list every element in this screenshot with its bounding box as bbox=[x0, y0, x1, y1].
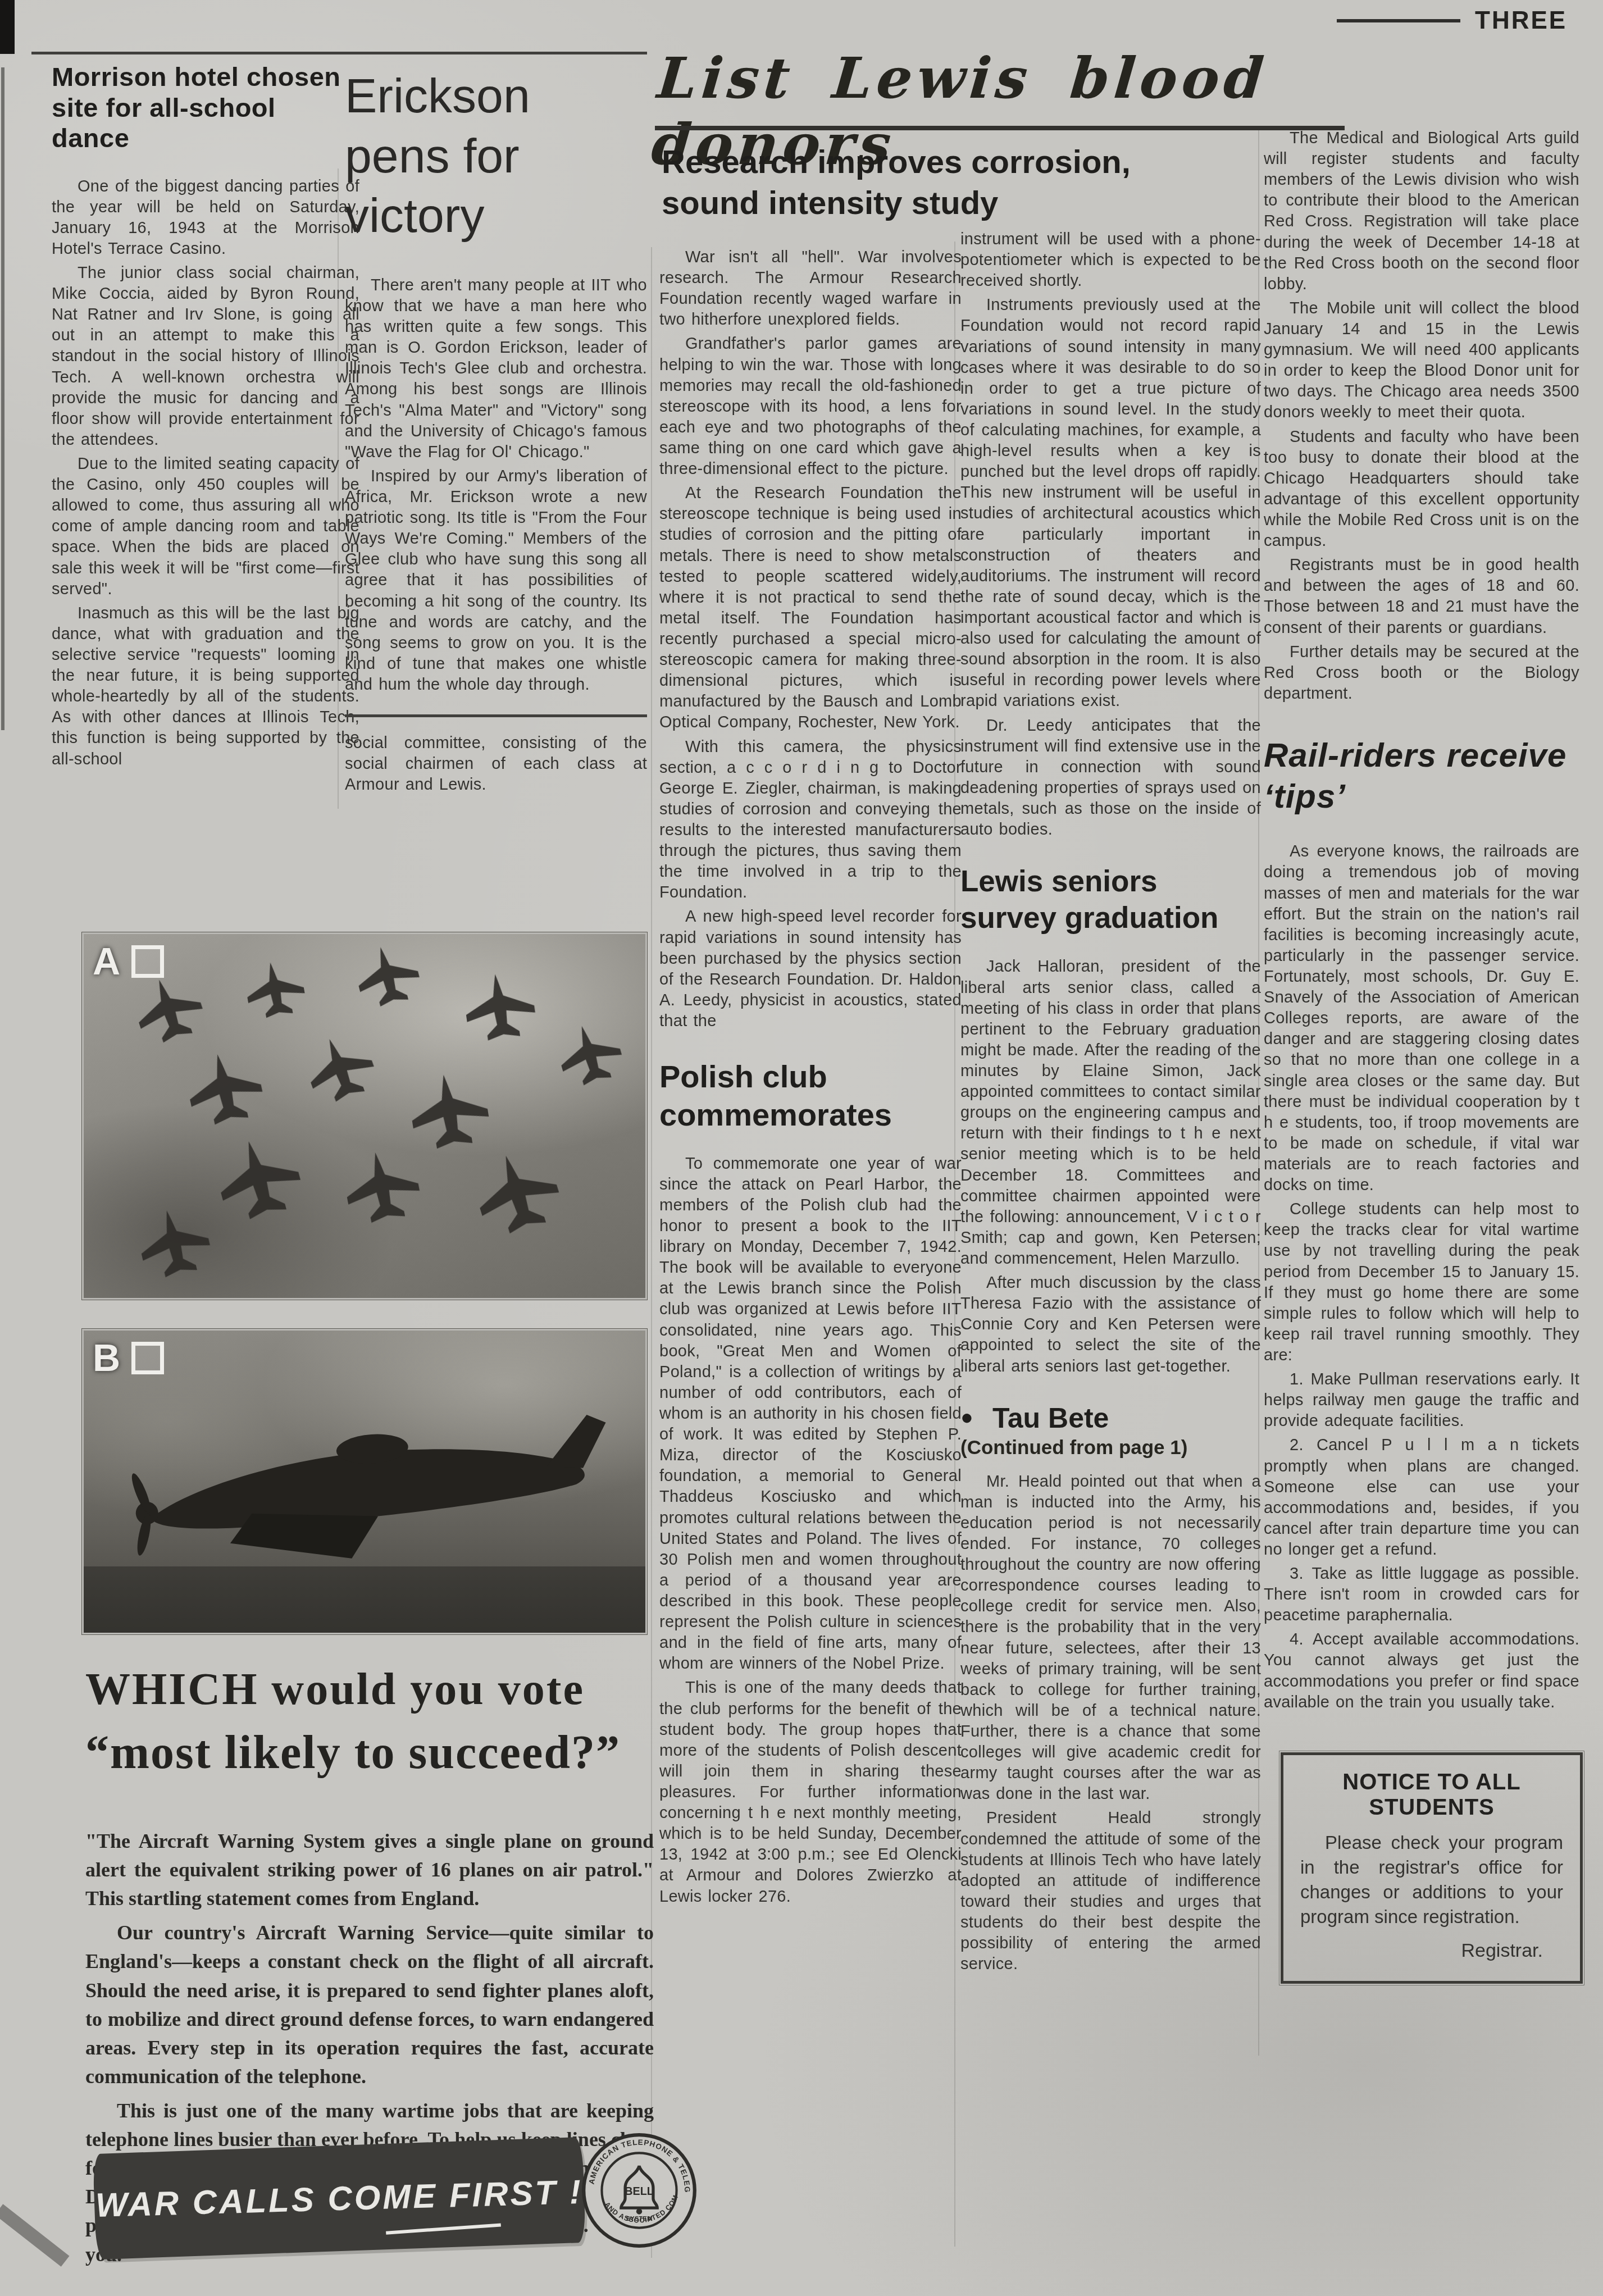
ad-paragraph: "The Aircraft Warning System gives a sin… bbox=[85, 1827, 654, 1913]
paragraph: Inspired by our Army's liberation of Afr… bbox=[345, 466, 647, 695]
rail-rule-item: 1. Make Pullman reservations early. It h… bbox=[1264, 1369, 1579, 1432]
paragraph: Due to the limited seating capacity of t… bbox=[52, 454, 359, 600]
paragraph: College students can help most to keep t… bbox=[1264, 1199, 1579, 1366]
paragraph: As everyone knows, the railroads are doi… bbox=[1264, 841, 1579, 1196]
article-erickson: Erickson pens for victory There aren't m… bbox=[345, 66, 647, 799]
page-number-rule bbox=[1337, 19, 1460, 22]
paragraph: Jack Halloran, president of the liberal … bbox=[960, 956, 1261, 1269]
photo-a-label: A bbox=[93, 940, 164, 983]
continued-from-note: (Continued from page 1) bbox=[960, 1437, 1261, 1459]
headline-lewis-seniors: Lewis seniors survey graduation bbox=[960, 864, 1261, 936]
paragraph: Dr. Leedy anticipates that the instrumen… bbox=[960, 716, 1261, 841]
paragraph: War isn't all "hell". War involves resea… bbox=[659, 247, 962, 330]
headline-morrison: Morrison hotel chosen site for all-schoo… bbox=[52, 62, 359, 154]
checkbox-square-icon bbox=[131, 945, 164, 978]
checkbox-square-icon bbox=[131, 1342, 164, 1374]
rail-rule-item: 2. Cancel P u l l m a n tickets promptly… bbox=[1264, 1435, 1579, 1560]
paragraph: One of the biggest dancing parties of th… bbox=[52, 176, 359, 259]
photo-aircraft-formation: A bbox=[82, 932, 647, 1300]
paragraph: Registrants must be in good health and b… bbox=[1264, 555, 1579, 638]
rail-rule-item: 3. Take as little luggage as possible. T… bbox=[1264, 1564, 1579, 1626]
ad-headline-line1: WHICH would you vote bbox=[85, 1661, 654, 1718]
article-blood-donors-body: The Medical and Biological Arts guild wi… bbox=[1264, 128, 1579, 1984]
paragraph: Grandfather's parlor games are helping t… bbox=[659, 334, 962, 480]
headline-underline-rule bbox=[655, 126, 1345, 130]
paragraph: Mr. Heald pointed out that when a man is… bbox=[960, 1472, 1261, 1805]
notice-signature: Registrar. bbox=[1300, 1940, 1563, 1962]
ad-paragraph: Our country's Aircraft Warning Service—q… bbox=[85, 1919, 654, 2091]
paragraph: The Medical and Biological Arts guild wi… bbox=[1264, 128, 1579, 295]
seal-bell-label: BELL bbox=[625, 2185, 654, 2198]
article-divider-rule bbox=[345, 714, 647, 717]
paragraph: The Mobile unit will collect the blood J… bbox=[1264, 298, 1579, 423]
paragraph: Inasmuch as this will be the last big da… bbox=[52, 603, 359, 770]
paragraph: To commemorate one year of war since the… bbox=[659, 1154, 962, 1675]
headline-tau-bete: ● Tau Bete bbox=[960, 1402, 1261, 1434]
photo-a-letter: A bbox=[93, 940, 120, 983]
banner-underline bbox=[386, 2223, 501, 2234]
seal-system-label: SYSTEM bbox=[626, 2216, 652, 2222]
registrar-notice-box: NOTICE TO ALL STUDENTS Please check your… bbox=[1281, 1752, 1583, 1984]
article-research-col3: War isn't all "hell". War involves resea… bbox=[659, 247, 962, 1911]
scan-artifact bbox=[0, 0, 15, 54]
paragraph: Students and faculty who have been too b… bbox=[1264, 427, 1579, 552]
rail-rule-item: 4. Accept available accommodations. You … bbox=[1264, 1629, 1579, 1712]
top-rule bbox=[31, 52, 647, 54]
article-morrison-hotel: Morrison hotel chosen site for all-schoo… bbox=[52, 62, 359, 773]
paragraph: With this camera, the physics section, a… bbox=[659, 737, 962, 904]
scan-artifact bbox=[0, 2204, 69, 2266]
article-continuation: social committee, consisting of the soci… bbox=[345, 733, 647, 795]
article-research-col4: instrument will be used with a phone-pot… bbox=[960, 229, 1261, 1978]
paragraph: This is one of the many deeds that the c… bbox=[659, 1678, 962, 1907]
headline-rail-riders: Rail-riders receive ‘tips’ bbox=[1264, 735, 1579, 817]
photo-b-label: B bbox=[93, 1336, 164, 1380]
aircraft-formation-illustration bbox=[84, 934, 645, 1298]
headline-research: Research improves corrosion, sound inten… bbox=[662, 142, 1178, 224]
war-calls-banner: WAR CALLS COME FIRST ! bbox=[93, 2137, 586, 2259]
bullet-icon: ● bbox=[960, 1406, 973, 1430]
page-number-text: THREE bbox=[1475, 7, 1567, 35]
headline-polish-club: Polish club commemorates bbox=[659, 1058, 962, 1135]
headline-erickson: Erickson pens for victory bbox=[345, 66, 647, 246]
paragraph: After much discussion by the class There… bbox=[960, 1273, 1261, 1377]
paragraph: Instruments previously used at the Found… bbox=[960, 295, 1261, 712]
banner-slogan: WAR CALLS COME FIRST ! bbox=[95, 2172, 584, 2224]
scan-artifact bbox=[1, 67, 4, 730]
ad-headline-line2: “most likely to succeed?” bbox=[85, 1725, 654, 1780]
paragraph: The junior class social chairman, Mike C… bbox=[52, 263, 359, 450]
notice-body: Please check your program in the registr… bbox=[1300, 1830, 1563, 1930]
paragraph: Further details may be secured at the Re… bbox=[1264, 642, 1579, 704]
paragraph: A new high-speed level recorder for rapi… bbox=[659, 906, 962, 1032]
newspaper-page: THREE Morrison hotel chosen site for all… bbox=[0, 0, 1603, 2296]
bell-system-seal-icon: AMERICAN TELEPHONE & TELEGRAPH CO. AND A… bbox=[581, 2132, 698, 2249]
page-number: THREE bbox=[1337, 7, 1595, 35]
grounded-plane-illustration bbox=[84, 1331, 645, 1633]
paragraph: At the Research Foundation the stereosco… bbox=[659, 483, 962, 733]
paragraph: There aren't many people at IIT who know… bbox=[345, 275, 647, 463]
photo-b-letter: B bbox=[93, 1336, 120, 1380]
paragraph: instrument will be used with a phone-pot… bbox=[960, 229, 1261, 291]
photo-grounded-plane: B bbox=[82, 1329, 647, 1634]
paragraph: President Heald strongly condemned the a… bbox=[960, 1808, 1261, 1975]
notice-title: NOTICE TO ALL STUDENTS bbox=[1300, 1770, 1563, 1820]
tau-bete-title: Tau Bete bbox=[992, 1402, 1109, 1434]
